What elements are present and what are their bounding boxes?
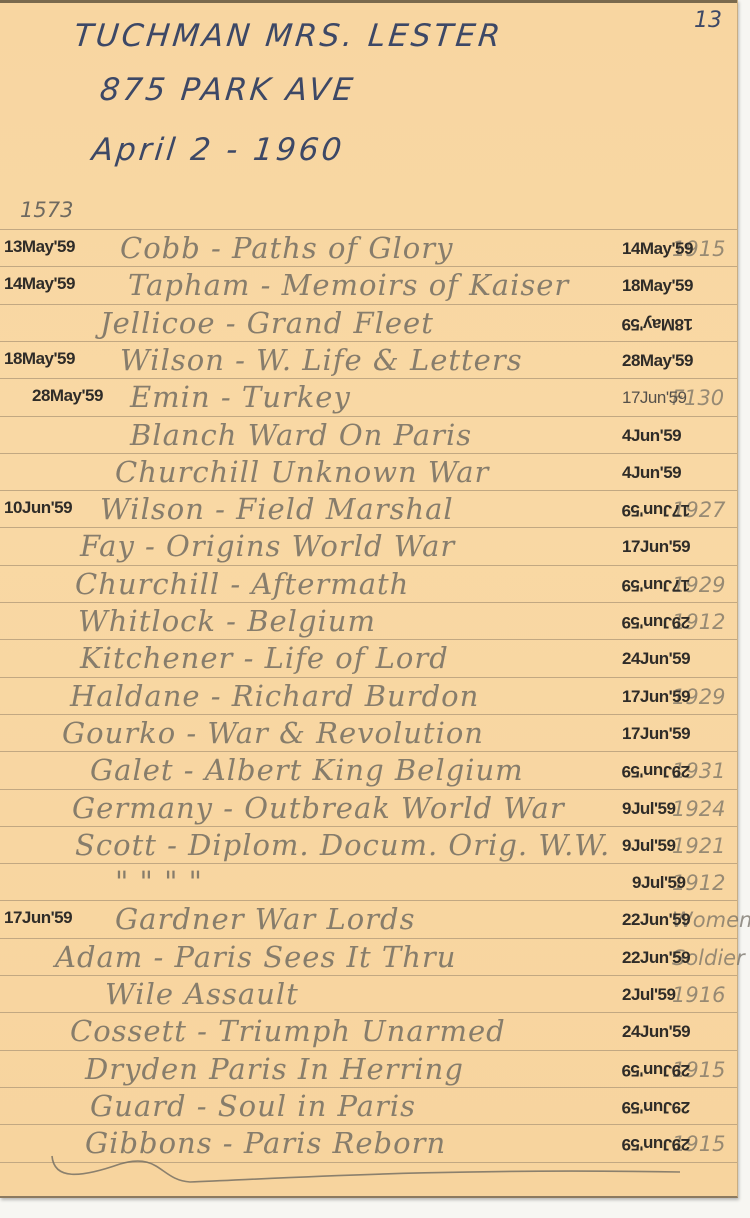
book-entry: Kitchener - Life of Lord: [80, 641, 449, 675]
ruled-line: [0, 602, 737, 603]
right-date-stamp: 29Jun'59: [622, 1060, 690, 1080]
left-date-stamp: 18May'59: [4, 349, 75, 369]
book-entry: Wilson - Field Marshal: [100, 492, 454, 526]
book-entry: Jellicoe - Grand Fleet: [100, 306, 434, 340]
ruled-line: [0, 527, 737, 528]
left-date-stamp: 13May'59: [4, 237, 75, 257]
end-line-squiggle: [40, 1150, 720, 1190]
right-date-stamp: 22Jun'59: [622, 948, 690, 968]
right-date-stamp: 14May'59: [622, 239, 693, 259]
right-date-stamp: 4Jun'59: [622, 463, 681, 483]
book-entry: Cobb - Paths of Glory: [120, 231, 454, 265]
ruled-line: [0, 677, 737, 678]
book-entry: Germany - Outbreak World War: [72, 791, 565, 825]
ruled-line: [0, 751, 737, 752]
left-date-stamp: 17Jun'59: [4, 908, 72, 928]
account-number: 1573: [20, 198, 73, 222]
ruled-line: [0, 975, 737, 976]
book-entry: Churchill - Aftermath: [75, 567, 409, 601]
right-date-stamp: 17Jun'59: [622, 500, 690, 520]
right-pencil-note: 1921: [672, 834, 725, 858]
ruled-line: [0, 304, 737, 305]
right-date-stamp: 17Jun'59: [622, 724, 690, 744]
ruled-line: [0, 416, 737, 417]
book-entry: Galet - Albert King Belgium: [90, 753, 524, 787]
ruled-line: [0, 1124, 737, 1125]
ruled-line: [0, 378, 737, 379]
book-entry: Gardner War Lords: [115, 902, 416, 936]
ruled-line: [0, 266, 737, 267]
right-date-stamp: 29Jun'59: [622, 612, 690, 632]
book-entry: Churchill Unknown War: [115, 455, 489, 489]
right-pencil-note: 1924: [672, 797, 725, 821]
right-date-stamp: 24Jun'59: [622, 1022, 690, 1042]
ruled-line: [0, 938, 737, 939]
card-date: April 2 - 1960: [90, 132, 346, 168]
ruled-line: [0, 639, 737, 640]
book-entry: Dryden Paris In Herring: [85, 1052, 464, 1086]
left-date-stamp: 14May'59: [4, 274, 75, 294]
right-date-stamp: 22Jun'59: [622, 910, 690, 930]
right-date-stamp: 17Jun'59: [622, 575, 690, 595]
right-date-stamp: 17Jun'59: [622, 388, 686, 408]
book-entry: Whitlock - Belgium: [78, 604, 376, 638]
right-date-stamp: 29Jun'59: [622, 761, 690, 781]
book-entry: Tapham - Memoirs of Kaiser: [128, 268, 569, 302]
ruled-line: [0, 714, 737, 715]
right-date-stamp: 24Jun'59: [622, 649, 690, 669]
ruled-line: [0, 789, 737, 790]
left-date-stamp: 10Jun'59: [4, 498, 72, 518]
book-entry: Wilson - W. Life & Letters: [120, 343, 523, 377]
right-date-stamp: 2Jul'59: [622, 985, 675, 1005]
book-entry: Gourko - War & Revolution: [62, 716, 484, 750]
book-entry: Adam - Paris Sees It Thru: [55, 940, 456, 974]
right-date-stamp: 9Jul'59: [622, 836, 675, 856]
ruled-line: [0, 1012, 737, 1013]
patron-address: 875 PARK AVE: [98, 72, 357, 108]
ruled-line: [0, 1087, 737, 1088]
book-entry: Haldane - Richard Burdon: [70, 679, 479, 713]
right-date-stamp: 29Jun'59: [622, 1097, 690, 1117]
book-entry: Wile Assault: [105, 977, 299, 1011]
right-date-stamp: 28May'59: [622, 351, 693, 371]
right-date-stamp: 9Jul'59: [632, 873, 685, 893]
right-date-stamp: 18May'59: [622, 276, 693, 296]
ruled-line: [0, 453, 737, 454]
ruled-line: [0, 565, 737, 566]
book-entry: Guard - Soul in Paris: [90, 1089, 416, 1123]
left-date-stamp: 28May'59: [32, 386, 103, 406]
card-number: 13: [694, 8, 722, 33]
book-entry: Scott - Diplom. Docum. Orig. W.W.: [75, 828, 610, 862]
ruled-line: [0, 826, 737, 827]
ruled-line: [0, 900, 737, 901]
book-entry: " " " ": [115, 865, 203, 899]
right-date-stamp: 9Jul'59: [622, 799, 675, 819]
ruled-line: [0, 229, 737, 230]
right-pencil-note: 1916: [672, 983, 725, 1007]
ruled-line: [0, 1050, 737, 1051]
right-date-stamp: 17Jun'59: [622, 687, 690, 707]
book-entry: Blanch Ward On Paris: [130, 418, 472, 452]
ruled-line: [0, 863, 737, 864]
right-date-stamp: 17Jun'59: [622, 537, 690, 557]
book-entry: Cossett - Triumph Unarmed: [70, 1014, 506, 1048]
library-record-card: TUCHMAN MRS. LESTER 875 PARK AVE April 2…: [0, 0, 738, 1198]
right-date-stamp: 4Jun'59: [622, 426, 681, 446]
ruled-line: [0, 341, 737, 342]
book-entry: Fay - Origins World War: [80, 529, 455, 563]
book-entry: Emin - Turkey: [130, 380, 351, 414]
patron-name: TUCHMAN MRS. LESTER: [72, 18, 505, 54]
ruled-line: [0, 490, 737, 491]
right-date-stamp: 18May'59: [622, 314, 693, 334]
